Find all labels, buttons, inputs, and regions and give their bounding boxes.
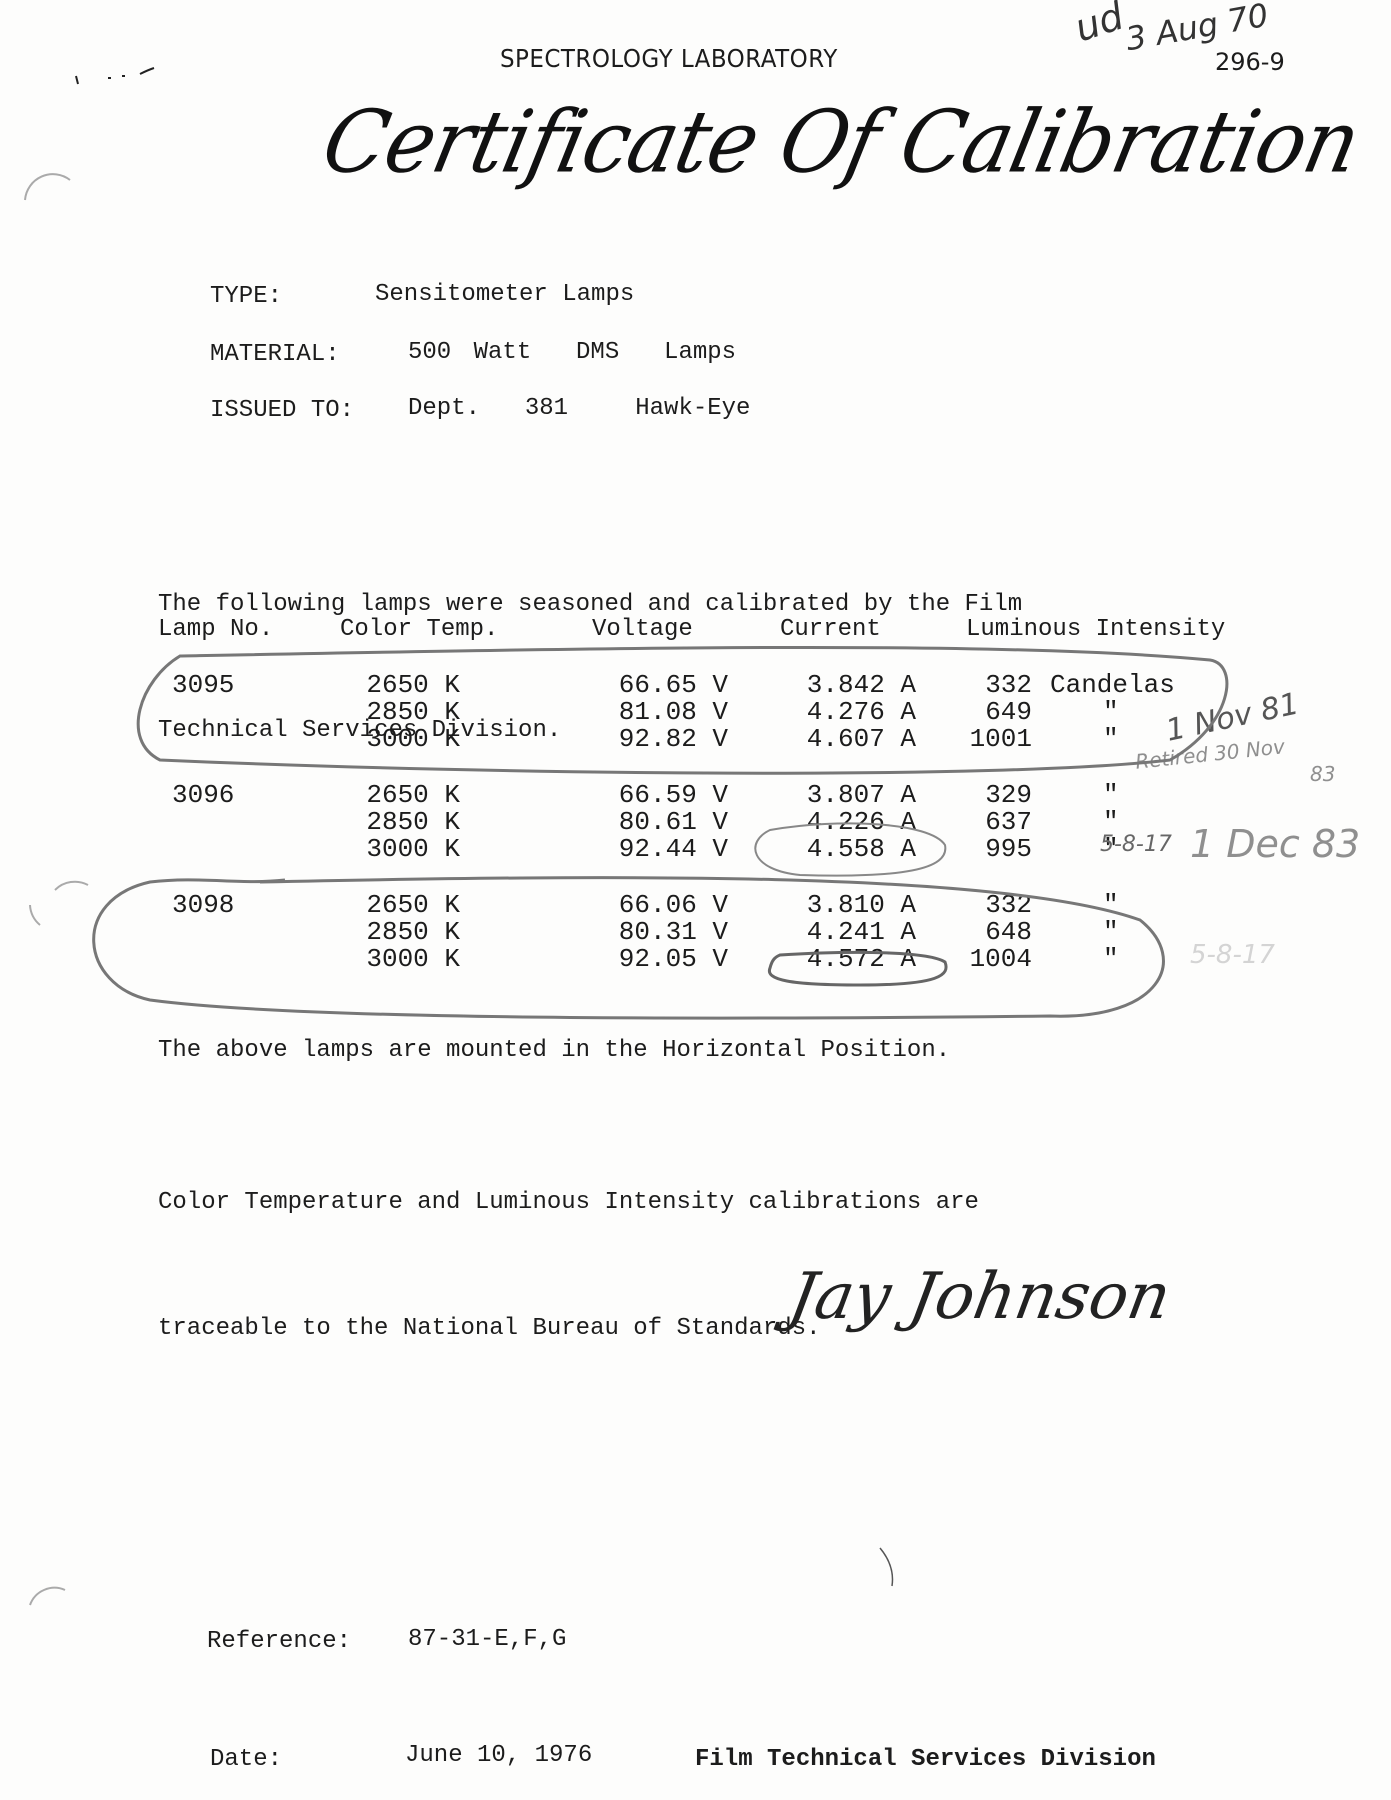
traceability-line-1: Color Temperature and Luminous Intensity… <box>158 1182 979 1224</box>
file-number: 296-9 <box>1215 48 1285 76</box>
type-label: TYPE: <box>210 283 282 310</box>
issued-to-label: ISSUED TO: <box>210 397 354 424</box>
cell-intensity: 995 <box>985 836 1032 863</box>
cell-current: 4.276 A <box>807 699 916 726</box>
cell-voltage: 81.08 V <box>619 699 728 726</box>
cell-intensity: 332 <box>985 892 1032 919</box>
cell-intensity: 1001 <box>970 726 1032 753</box>
ditto-mark: " <box>1103 892 1119 919</box>
header-current: Current <box>780 616 881 643</box>
cell-voltage: 92.05 V <box>619 946 728 973</box>
cell-intensity: 649 <box>985 699 1032 726</box>
cell-voltage: 66.06 V <box>619 892 728 919</box>
header-color-temp: Color Temp. <box>340 616 498 643</box>
annotation-3098-code: 5-8-17 <box>1190 940 1275 970</box>
ditto-mark: " <box>1103 946 1119 973</box>
cell-intensity: 648 <box>985 919 1032 946</box>
cell-intensity: 637 <box>985 809 1032 836</box>
ditto-mark: " <box>1103 726 1119 753</box>
reference-label: Reference: <box>207 1628 351 1655</box>
cell-temp: 2850 K <box>366 809 460 836</box>
lamp-number: 3096 <box>172 782 234 809</box>
cell-temp: 2650 K <box>366 892 460 919</box>
cell-voltage: 80.31 V <box>619 919 728 946</box>
type-value: Sensitometer Lamps <box>375 281 634 308</box>
header-voltage: Voltage <box>592 616 693 643</box>
cell-current: 3.842 A <box>807 672 916 699</box>
cell-current: 4.558 A <box>807 836 916 863</box>
cell-voltage: 80.61 V <box>619 809 728 836</box>
cell-current: 3.807 A <box>807 782 916 809</box>
cell-intensity: 332 <box>985 672 1032 699</box>
cell-current: 4.607 A <box>807 726 916 753</box>
cell-voltage: 92.44 V <box>619 836 728 863</box>
material-value: 500 Watt DMS Lamps <box>408 339 736 366</box>
annotation-3095-year: 83 <box>1310 762 1335 786</box>
lamp-number: 3098 <box>172 892 234 919</box>
ditto-mark: " <box>1103 699 1119 726</box>
cell-temp: 2650 K <box>366 672 460 699</box>
date-label: Date: <box>210 1746 282 1773</box>
cell-voltage: 92.82 V <box>619 726 728 753</box>
annotation-3096-code: 5-8-17 <box>1100 832 1172 857</box>
cell-temp: 2650 K <box>366 782 460 809</box>
handwritten-initials: ud <box>1069 0 1128 50</box>
cell-temp: 3000 K <box>366 946 460 973</box>
cell-intensity: 1004 <box>970 946 1032 973</box>
annotation-3096-date: 1 Dec 83 <box>1190 822 1360 866</box>
laboratory-name: SPECTROLOGY LABORATORY <box>500 44 838 73</box>
cell-temp: 3000 K <box>366 836 460 863</box>
material-label: MATERIAL: <box>210 341 340 368</box>
cell-current: 4.241 A <box>807 919 916 946</box>
cell-intensity: 329 <box>985 782 1032 809</box>
ditto-mark: " <box>1103 782 1119 809</box>
intro-line-1: The following lamps were seasoned and ca… <box>158 584 1022 626</box>
reference-value: 87-31-E,F,G <box>408 1626 566 1653</box>
header-luminous-intensity: Luminous Intensity <box>966 616 1225 643</box>
issued-to-value: Dept. 381 Hawk-Eye <box>408 395 750 422</box>
date-value: June 10, 1976 <box>405 1742 592 1769</box>
division-name: Film Technical Services Division <box>695 1746 1156 1773</box>
traceability-note: Color Temperature and Luminous Intensity… <box>158 1098 979 1392</box>
cell-temp: 2850 K <box>366 919 460 946</box>
cell-temp: 3000 K <box>366 726 460 753</box>
signature: Jay Johnson <box>783 1260 1176 1334</box>
cell-temp: 2850 K <box>366 699 460 726</box>
hole-punch-icon <box>25 174 88 1605</box>
cell-current: 3.810 A <box>807 892 916 919</box>
cell-voltage: 66.65 V <box>619 672 728 699</box>
header-lamp-no: Lamp No. <box>158 616 273 643</box>
lamp-number: 3095 <box>172 672 234 699</box>
cell-current: 4.226 A <box>807 809 916 836</box>
mounting-note: The above lamps are mounted in the Horiz… <box>158 1030 950 1072</box>
cell-voltage: 66.59 V <box>619 782 728 809</box>
unit-candelas: Candelas <box>1050 672 1175 699</box>
certificate-title: Certificate Of Calibration <box>314 93 1367 193</box>
cell-current: 4.572 A <box>807 946 916 973</box>
ditto-mark: " <box>1103 919 1119 946</box>
